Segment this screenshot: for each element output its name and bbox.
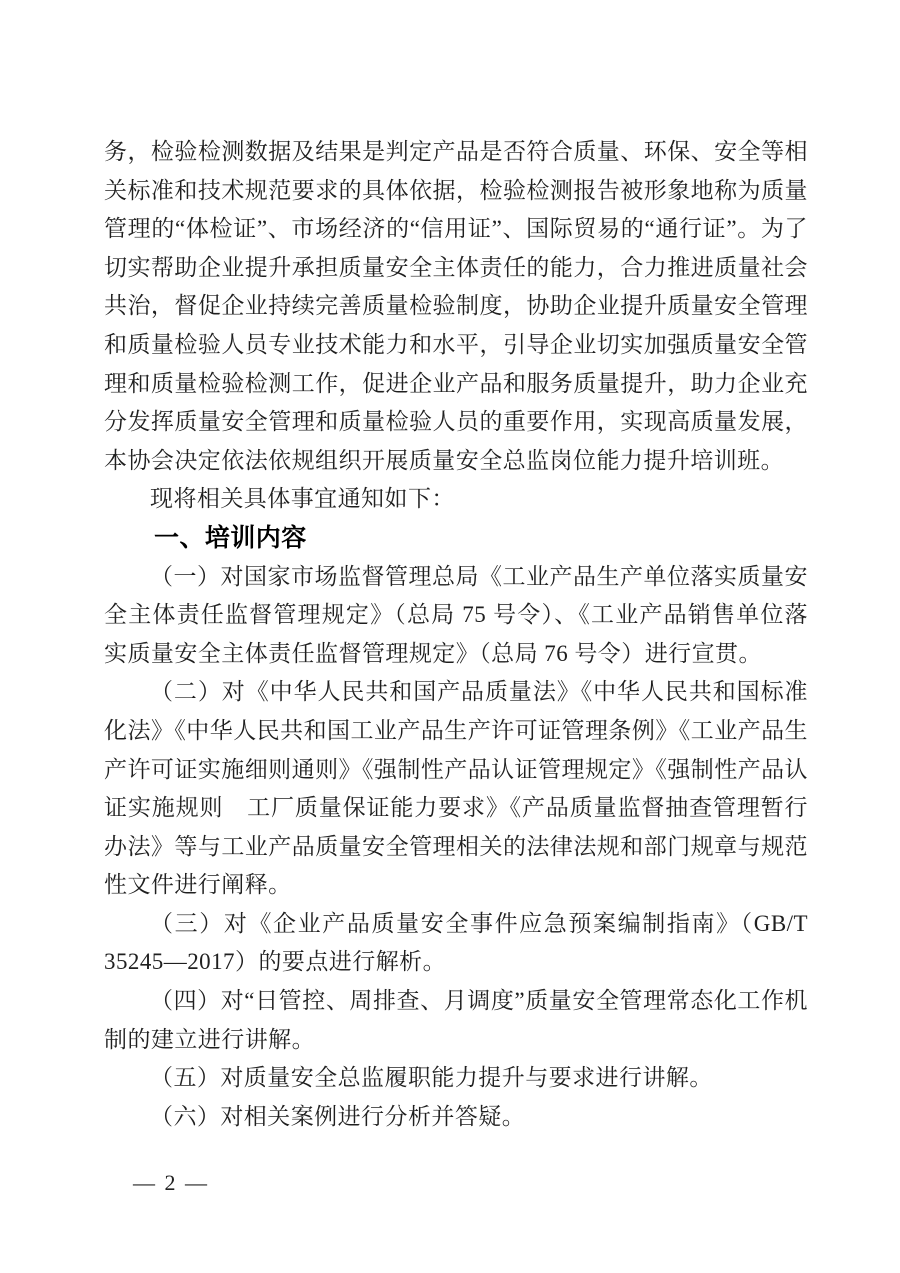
section-heading-training-content: 一、培训内容 bbox=[104, 519, 808, 558]
paragraph-intro-continuation: 务，检验检测数据及结果是判定产品是否符合质量、环保、安全等相关标准和技术规范要求… bbox=[104, 133, 808, 480]
document-page: 务，检验检测数据及结果是判定产品是否符合质量、环保、安全等相关标准和技术规范要求… bbox=[0, 0, 900, 1273]
paragraph-notice-lead: 现将相关具体事宜通知如下： bbox=[104, 480, 808, 519]
list-item-3: （三）对《企业产品质量安全事件应急预案编制指南》（GB/T 35245—2017… bbox=[104, 905, 808, 982]
list-item-5: （五）对质量安全总监履职能力提升与要求进行讲解。 bbox=[104, 1059, 808, 1098]
list-item-2: （二）对《中华人民共和国产品质量法》《中华人民共和国标准化法》《中华人民共和国工… bbox=[104, 673, 808, 905]
document-body: 务，检验检测数据及结果是判定产品是否符合质量、环保、安全等相关标准和技术规范要求… bbox=[104, 133, 808, 1136]
list-item-4: （四）对“日管控、周排查、月调度”质量安全管理常态化工作机制的建立进行讲解。 bbox=[104, 982, 808, 1059]
list-item-6: （六）对相关案例进行分析并答疑。 bbox=[104, 1098, 808, 1137]
page-number: — 2 — bbox=[133, 1168, 209, 1198]
list-item-1: （一）对国家市场监督管理总局《工业产品生产单位落实质量安全主体责任监督管理规定》… bbox=[104, 558, 808, 674]
